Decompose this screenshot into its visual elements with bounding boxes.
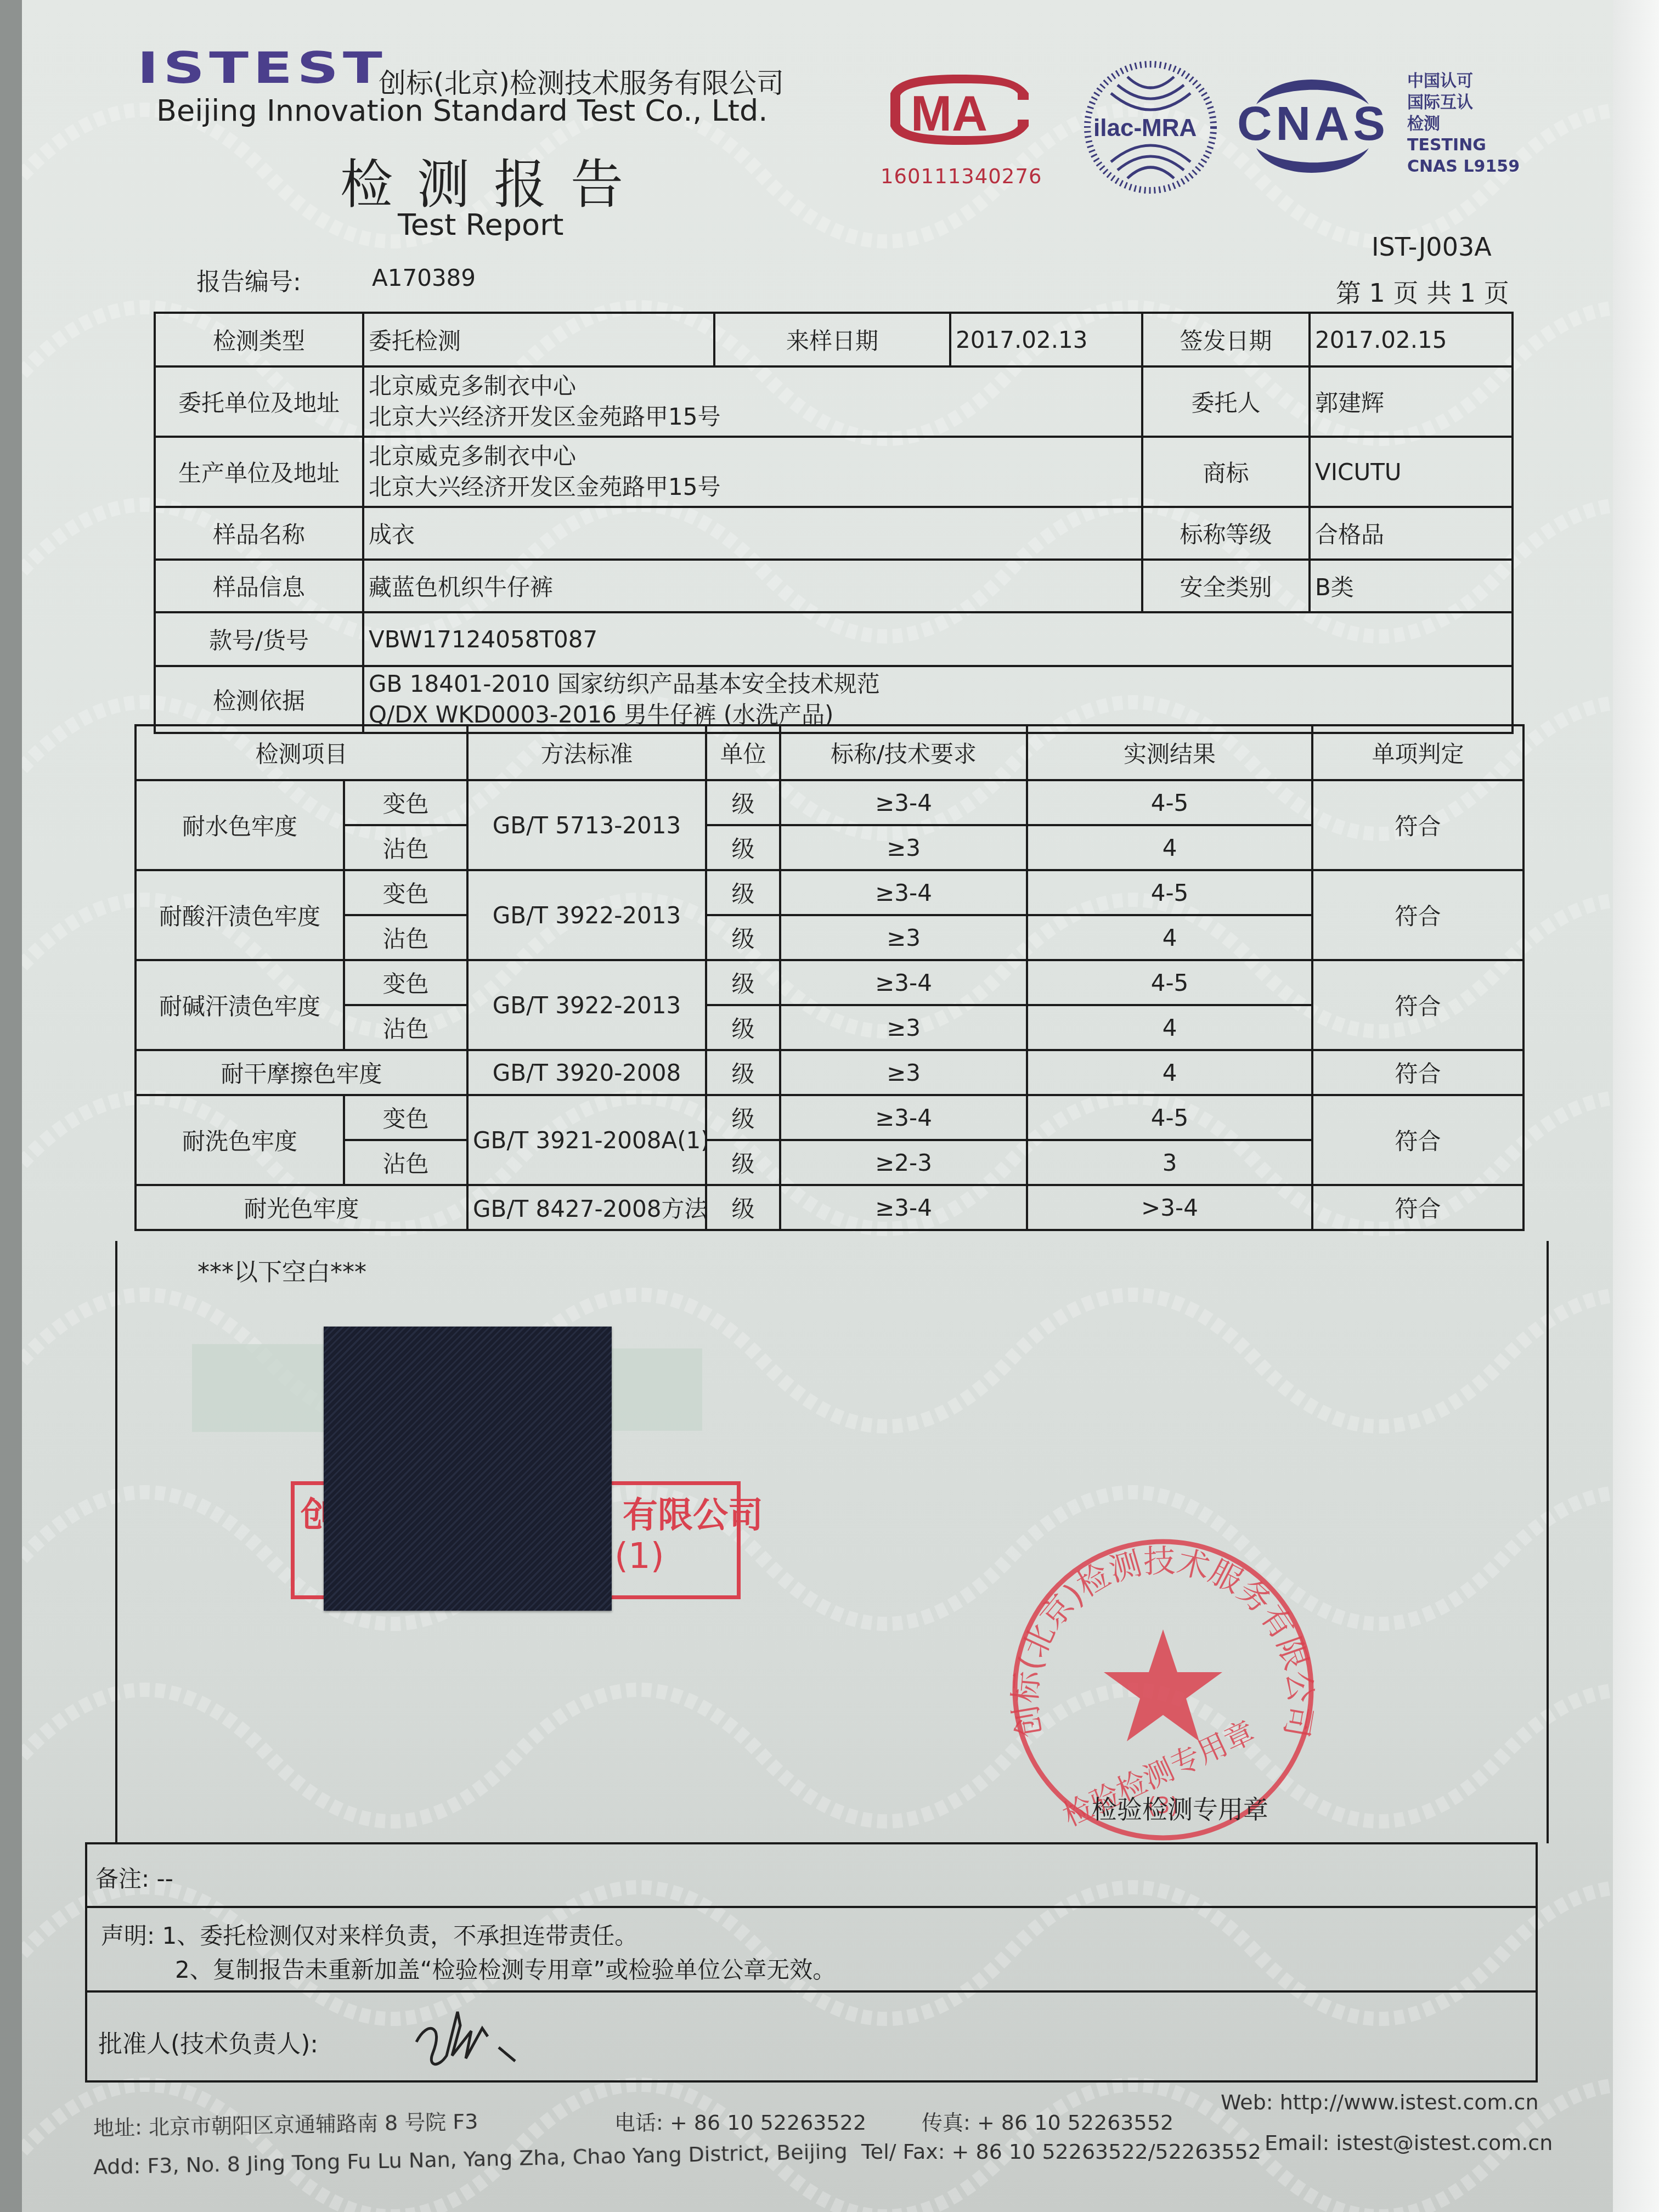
rect-stamp-number: (1)	[614, 1536, 664, 1577]
grade-label: 标称等级	[1142, 507, 1310, 560]
client-address: 北京大兴经济开发区金苑路甲15号	[369, 402, 1137, 432]
method-standard: GB/T 3922-2013	[467, 870, 706, 960]
measured-result: 4-5	[1027, 780, 1312, 825]
style-no-value: VBW17124058T087	[363, 612, 1513, 666]
result-row: 耐光色牢度GB/T 8427-2008方法3级≥3-4>3-4符合	[136, 1185, 1523, 1230]
client-value: 北京威克多制衣中心 北京大兴经济开发区金苑路甲15号	[363, 366, 1142, 437]
header-test-item: 检测项目	[136, 725, 467, 780]
tape-left	[192, 1344, 324, 1432]
sample-info-value: 藏蓝色机织牛仔裤	[363, 560, 1142, 612]
info-row-sample-name: 样品名称 成衣 标称等级 合格品	[155, 507, 1513, 560]
rect-stamp-text: 有限公司	[623, 1487, 763, 1537]
producer-name: 北京威克多制衣中心	[369, 441, 1137, 472]
unit: 级	[706, 1095, 780, 1140]
measured-result: 4-5	[1027, 960, 1312, 1005]
report-number-label: 报告编号:	[196, 262, 301, 297]
results-body: 耐水色牢度变色GB/T 5713-2013级≥3-44-5符合沾色级≥34耐酸汗…	[136, 780, 1523, 1230]
result-row: 耐洗色牢度变色GB/T 3921-2008A(1)级≥3-44-5符合	[136, 1095, 1523, 1140]
measured-result: 4-5	[1027, 1095, 1312, 1140]
verdict: 符合	[1312, 1095, 1523, 1185]
measured-result: 4-5	[1027, 870, 1312, 915]
method-standard: GB/T 3922-2013	[467, 960, 706, 1050]
result-row: 耐酸汗渍色牢度变色GB/T 3922-2013级≥3-44-5符合	[136, 870, 1523, 915]
client-person-value: 郭建辉	[1310, 366, 1513, 437]
sample-name-value: 成衣	[363, 507, 1142, 560]
header-verdict: 单项判定	[1312, 725, 1523, 780]
test-sub-item: 变色	[344, 780, 467, 825]
unit: 级	[706, 960, 780, 1005]
remark-row: 备注: --	[87, 1842, 1536, 1906]
test-sub-item: 沾色	[344, 915, 467, 960]
verdict: 符合	[1312, 870, 1523, 960]
result-row: 耐水色牢度变色GB/T 5713-2013级≥3-44-5符合	[136, 780, 1523, 825]
requirement: ≥3-4	[780, 870, 1027, 915]
header-result: 实测结果	[1027, 725, 1312, 780]
test-sub-item: 变色	[344, 870, 467, 915]
test-item-name: 耐酸汗渍色牢度	[136, 870, 344, 960]
grade-value: 合格品	[1310, 507, 1513, 560]
unit: 级	[706, 870, 780, 915]
trademark-label: 商标	[1142, 437, 1310, 507]
fax: 传真: + 86 10 52263552	[922, 2106, 1173, 2136]
test-sub-item: 沾色	[344, 825, 467, 870]
measured-result: 4	[1027, 1050, 1312, 1095]
sample-info-label: 样品信息	[155, 560, 363, 612]
safety-value: B类	[1310, 560, 1513, 612]
method-standard: GB/T 5713-2013	[467, 780, 706, 870]
unit: 级	[706, 1005, 780, 1050]
header-requirement: 标称/技术要求	[780, 725, 1027, 780]
results-header-row: 检测项目 方法标准 单位 标称/技术要求 实测结果 单项判定	[136, 725, 1523, 780]
remark: 备注: --	[95, 1861, 173, 1894]
email-link[interactable]: Email: istest@istest.com.cn	[1265, 2131, 1553, 2155]
info-row-sample-info: 样品信息 藏蓝色机织牛仔裤 安全类别 B类	[155, 560, 1513, 612]
fabric-swatch-sample	[324, 1327, 612, 1611]
basis-label: 检测依据	[155, 666, 363, 733]
unit: 级	[706, 1185, 780, 1230]
company-name-en: Beijing Innovation Standard Test Co., Lt…	[156, 93, 768, 128]
test-sub-item: 变色	[344, 1095, 467, 1140]
verdict: 符合	[1312, 780, 1523, 870]
measured-result: 4	[1027, 1005, 1312, 1050]
producer-label: 生产单位及地址	[155, 437, 363, 507]
verdict: 符合	[1312, 960, 1523, 1050]
test-type-label: 检测类型	[155, 313, 363, 366]
measured-result: >3-4	[1027, 1185, 1312, 1230]
requirement: ≥3	[780, 1005, 1027, 1050]
sample-date-label: 来样日期	[714, 313, 950, 366]
trademark-value: VICUTU	[1310, 437, 1513, 507]
requirement: ≥3-4	[780, 1185, 1027, 1230]
form-code: IST-J003A	[1372, 232, 1492, 262]
method-standard: GB/T 3921-2008A(1)	[467, 1095, 706, 1185]
unit: 级	[706, 915, 780, 960]
header-method: 方法标准	[467, 725, 706, 780]
producer-value: 北京威克多制衣中心 北京大兴经济开发区金苑路甲15号	[363, 437, 1142, 507]
cma-logo-icon: MA	[881, 71, 1040, 148]
test-item-name: 耐干摩擦色牢度	[136, 1050, 467, 1095]
svg-text:ilac-MRA: ilac-MRA	[1093, 115, 1197, 142]
info-row-producer: 生产单位及地址 北京威克多制衣中心 北京大兴经济开发区金苑路甲15号 商标 VI…	[155, 437, 1513, 507]
cma-number: 160111340276	[881, 165, 1042, 188]
issue-date-value: 2017.02.15	[1310, 313, 1513, 366]
test-sub-item: 沾色	[344, 1140, 467, 1185]
basis-line-1: GB 18401-2010 国家纺织产品基本安全技术规范	[369, 669, 1507, 699]
svg-text:MA: MA	[911, 87, 988, 142]
cnas-logo-icon: CNAS	[1234, 66, 1388, 187]
test-item-name: 耐洗色牢度	[136, 1095, 344, 1185]
requirement: ≥3-4	[780, 1095, 1027, 1140]
footer-box: 备注: -- 声明: 1、委托检测仅对来样负责，不承担连带责任。 2、复制报告未…	[85, 1842, 1538, 2083]
unit: 级	[706, 780, 780, 825]
test-results-table: 检测项目 方法标准 单位 标称/技术要求 实测结果 单项判定 耐水色牢度变色GB…	[134, 724, 1525, 1231]
background-paper-edge	[1613, 0, 1659, 2212]
statement-row: 声明: 1、委托检测仅对来样负责，不承担连带责任。 2、复制报告未重新加盖“检验…	[87, 1906, 1536, 1990]
requirement: ≥3-4	[780, 960, 1027, 1005]
test-type-value: 委托检测	[363, 313, 714, 366]
signature-icon	[405, 2004, 559, 2075]
requirement: ≥2-3	[780, 1140, 1027, 1185]
header-unit: 单位	[706, 725, 780, 780]
ilac-mra-logo-icon: ilac-MRA	[1084, 60, 1218, 195]
info-row-test-type: 检测类型 委托检测 来样日期 2017.02.13 签发日期 2017.02.1…	[155, 313, 1513, 366]
page-info: 第 1 页 共 1 页	[1336, 273, 1509, 309]
issue-date-label: 签发日期	[1142, 313, 1310, 366]
requirement: ≥3	[780, 915, 1027, 960]
istest-logo: ISTEST	[137, 44, 387, 93]
client-label: 委托单位及地址	[155, 366, 363, 437]
sample-date-value: 2017.02.13	[950, 313, 1142, 366]
result-row: 耐干摩擦色牢度GB/T 3920-2008级≥34符合	[136, 1050, 1523, 1095]
telephone: 电话: + 86 10 52263522	[614, 2106, 866, 2136]
approver-row: 批准人(技术负责人):	[87, 1990, 1536, 2080]
result-row: 耐碱汗渍色牢度变色GB/T 3922-2013级≥3-44-5符合	[136, 960, 1523, 1005]
info-row-basis: 检测依据 GB 18401-2010 国家纺织产品基本安全技术规范 Q/DX W…	[155, 666, 1513, 733]
test-sub-item: 变色	[344, 960, 467, 1005]
statement-1: 声明: 1、委托检测仅对来样负责，不承担连带责任。	[101, 1918, 637, 1951]
sample-name-label: 样品名称	[155, 507, 363, 560]
svg-text:CNAS: CNAS	[1237, 96, 1385, 150]
unit: 级	[706, 1140, 780, 1185]
requirement: ≥3	[780, 825, 1027, 870]
style-no-label: 款号/货号	[155, 612, 363, 666]
report-title-cn: 检测报告	[340, 143, 647, 218]
basis-value: GB 18401-2010 国家纺织产品基本安全技术规范 Q/DX WKD000…	[363, 666, 1513, 733]
client-name: 北京威克多制衣中心	[369, 371, 1137, 402]
client-person-label: 委托人	[1142, 366, 1310, 437]
report-number: A170389	[372, 264, 476, 291]
tape-right	[603, 1348, 702, 1431]
test-item-name: 耐水色牢度	[136, 780, 344, 870]
unit: 级	[706, 1050, 780, 1095]
statement-2: 2、复制报告未重新加盖“检验检测专用章”或检验单位公章无效。	[175, 1952, 836, 1985]
report-title-en: Test Report	[398, 207, 564, 242]
test-sub-item: 沾色	[344, 1005, 467, 1050]
cnas-accreditation-text: 中国认可 国际互认 检测 TESTING CNAS L9159	[1407, 70, 1520, 177]
verdict: 符合	[1312, 1050, 1523, 1095]
verdict: 符合	[1312, 1185, 1523, 1230]
tel-fax: Tel/ Fax: + 86 10 52263522/52263552	[861, 2140, 1261, 2164]
blank-below-note: ***以下空白***	[198, 1252, 366, 1288]
unit: 级	[706, 825, 780, 870]
star-icon	[1104, 1629, 1222, 1741]
requirement: ≥3-4	[780, 780, 1027, 825]
seal-label: 检验检测专用章	[1092, 1790, 1268, 1826]
info-row-style-no: 款号/货号 VBW17124058T087	[155, 612, 1513, 666]
test-item-name: 耐碱汗渍色牢度	[136, 960, 344, 1050]
measured-result: 4	[1027, 825, 1312, 870]
safety-label: 安全类别	[1142, 560, 1310, 612]
measured-result: 4	[1027, 915, 1312, 960]
method-standard: GB/T 3920-2008	[467, 1050, 706, 1095]
info-row-client: 委托单位及地址 北京威克多制衣中心 北京大兴经济开发区金苑路甲15号 委托人 郭…	[155, 366, 1513, 437]
test-item-name: 耐光色牢度	[136, 1185, 467, 1230]
sample-info-table: 检测类型 委托检测 来样日期 2017.02.13 签发日期 2017.02.1…	[154, 312, 1514, 734]
approver-label: 批准人(技术负责人):	[98, 2024, 318, 2059]
method-standard: GB/T 8427-2008方法3	[467, 1185, 706, 1230]
requirement: ≥3	[780, 1050, 1027, 1095]
website-link[interactable]: Web: http://www.istest.com.cn	[1221, 2090, 1539, 2114]
producer-address: 北京大兴经济开发区金苑路甲15号	[369, 472, 1137, 503]
measured-result: 3	[1027, 1140, 1312, 1185]
